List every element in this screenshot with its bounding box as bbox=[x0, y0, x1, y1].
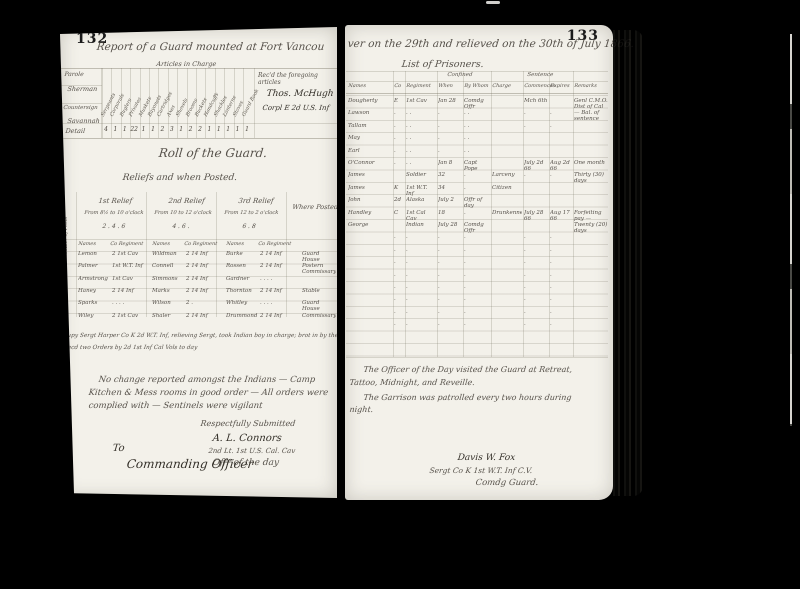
guard-roster-row: 1Lemon2 1st CavWildman2 14 InfBurke2 14 … bbox=[60, 251, 337, 263]
parole-value: Sherman bbox=[67, 85, 98, 93]
prisoner-row: May.. ... . bbox=[345, 134, 609, 146]
prisoner-cell-commences: . bbox=[524, 247, 548, 253]
prisoner-row: ...... bbox=[345, 233, 609, 245]
article-detail-count: 1 bbox=[242, 126, 252, 133]
prisoner-cell-co: 2d bbox=[394, 197, 405, 203]
guard-cell-u2: 2 . bbox=[186, 300, 224, 306]
guard-cell-n2: Wilson bbox=[152, 300, 185, 306]
prisoner-column-header: Charge bbox=[492, 83, 511, 89]
prisoner-row: ...... bbox=[345, 283, 609, 295]
prisoner-column-header: Expires bbox=[550, 83, 570, 89]
prisoner-cell-name: Dougherty bbox=[348, 98, 392, 104]
report-paragraph-line2: Kitchen & Mess rooms in good order — All… bbox=[88, 388, 329, 398]
prisoner-cell-regiment: Alaska bbox=[406, 197, 436, 203]
prisoner-cell-remark: One month bbox=[574, 160, 608, 166]
relief-posts: 2 . 4 . 6 bbox=[102, 223, 126, 230]
prisoner-cell-co: . bbox=[394, 234, 405, 240]
prisoner-cell-by_whom: . . bbox=[464, 135, 490, 141]
guard-cell-n3: Whitley bbox=[226, 300, 259, 306]
prisoner-cell-regiment: 1st Cal Cav bbox=[406, 210, 436, 222]
guard-cell-n3: Drummond bbox=[226, 313, 259, 319]
prisoner-cell-regiment: . bbox=[406, 247, 436, 253]
prisoner-cell-co: . bbox=[394, 309, 405, 315]
prisoner-cell-co: . bbox=[394, 160, 405, 166]
prisoner-cell-name: John bbox=[348, 197, 392, 203]
guard-cell-u1: 2 1st Cav bbox=[112, 251, 150, 257]
guard-cell-u2: 2 14 Inf bbox=[186, 288, 224, 294]
prisoner-cell-by_whom: . bbox=[464, 321, 490, 327]
reliefs-heading: Reliefs and when Posted. bbox=[122, 173, 238, 183]
prisoner-cell-by_whom: . bbox=[464, 296, 490, 302]
guard-cell-u1: 2 1st Cav bbox=[112, 313, 150, 319]
guard-roster-row: 3Armstrong1st CavSimmons2 14 InfGardner.… bbox=[60, 276, 337, 288]
receipt-signature-rank: Corpl E 2d U.S. Inf bbox=[262, 104, 330, 112]
guard-cell-u2: 2 14 Inf bbox=[186, 251, 224, 257]
prisoner-cell-co: . bbox=[394, 259, 405, 265]
prisoner-cell-commences: . bbox=[524, 259, 548, 265]
prisoner-row: JamesSoldier32.Larceny..Thirty (30) days bbox=[345, 171, 609, 183]
prisoner-row: ...... bbox=[345, 271, 609, 283]
guard-roster-rows: 1Lemon2 1st CavWildman2 14 InfBurke2 14 … bbox=[60, 251, 337, 323]
guard-cell-u3: 2 14 Inf bbox=[260, 288, 300, 294]
prisoner-cell-by_whom: . . bbox=[464, 110, 490, 116]
prisoner-cell-co: E bbox=[394, 98, 405, 104]
prisoner-cell-regiment: . bbox=[406, 284, 436, 290]
prisoner-cell-regiment: . . bbox=[406, 160, 436, 166]
guard-subheader: Names bbox=[226, 241, 244, 247]
prisoner-cell-name: James bbox=[348, 185, 392, 191]
prisoner-cell-commences: July 28 66 bbox=[524, 210, 548, 222]
prisoner-cell-name: George bbox=[348, 222, 392, 228]
prisoner-cell-expires: . bbox=[550, 110, 572, 116]
notes-line3: The Garrison was patrolled every two hou… bbox=[363, 393, 572, 402]
guard-cell-u2: 2 14 Inf bbox=[186, 276, 224, 282]
prisoner-cell-commences: . bbox=[524, 272, 548, 278]
report-paragraph-line1: No change reported amongst the Indians —… bbox=[98, 375, 316, 385]
prisoner-cell-co: . bbox=[394, 247, 405, 253]
guard-cell-u3: . . . . bbox=[260, 276, 300, 282]
guard-cell-where: Stable bbox=[302, 288, 336, 294]
notes-line1: The Officer of the Day visited the Guard… bbox=[363, 365, 573, 374]
prisoner-cell-regiment: . bbox=[406, 272, 436, 278]
prisoner-cell-when: . bbox=[438, 234, 462, 240]
prisoner-cell-regiment: . bbox=[406, 309, 436, 315]
relief-name: 3rd Relief bbox=[238, 197, 274, 205]
prisoner-cell-name: Earl bbox=[348, 148, 392, 154]
officer-signature-rank: 2nd Lt. 1st U.S. Cal. Cav bbox=[208, 447, 296, 455]
prisoner-cell-commences: July 2d 66 bbox=[524, 160, 548, 172]
prisoner-cell-by_whom: Offr of day bbox=[464, 197, 490, 209]
guard-cell-n1: Armstrong bbox=[78, 276, 111, 282]
prisoner-cell-by_whom: Capt Pope bbox=[464, 160, 490, 172]
prisoner-cell-by_whom: . bbox=[464, 284, 490, 290]
prisoner-cell-regiment: . . bbox=[406, 135, 436, 141]
prisoner-row: JamesK1st W.T. Inf34.Citizen bbox=[345, 184, 609, 196]
guard-cell-u3: 2 14 Inf bbox=[260, 263, 300, 269]
prisoner-row: John2dAlaskaJuly 2Offr of day bbox=[345, 196, 609, 208]
prisoner-column-header: Remarks bbox=[574, 83, 597, 89]
countersign-value: Savannah bbox=[67, 117, 100, 125]
guard-cell-n3: Burke bbox=[226, 251, 259, 257]
prisoner-cell-co: . bbox=[394, 321, 405, 327]
prisoner-cell-expires: . bbox=[550, 234, 572, 240]
prisoner-cell-commences: . bbox=[524, 321, 548, 327]
prisoner-row: ...... bbox=[345, 320, 609, 332]
prisoner-cell-when: . bbox=[438, 259, 462, 265]
guard-cell-where: Commissary bbox=[302, 313, 336, 319]
prisoner-cell-regiment: Indian bbox=[406, 222, 436, 228]
right-page: 133 ver on the 29th and relieved on the … bbox=[345, 25, 613, 500]
prisoner-cell-regiment: . bbox=[406, 234, 436, 240]
prisoner-cell-when: . bbox=[438, 123, 462, 129]
relief-hours: From 10 to 12 o'clock bbox=[154, 210, 212, 216]
prisoner-column-header: Co bbox=[394, 83, 401, 89]
prisoner-cell-when: . bbox=[438, 272, 462, 278]
scanned-ledger-screenshot: 132 Report of a Guard mounted at Fort Va… bbox=[0, 0, 800, 589]
guard-cell-post: 2 bbox=[64, 263, 76, 269]
prisoner-cell-co: . bbox=[394, 148, 405, 154]
prisoner-cell-commences: . bbox=[524, 110, 548, 116]
group-header-sentence: Sentence bbox=[527, 72, 554, 78]
prisoner-cell-co: C bbox=[394, 210, 405, 216]
prisoner-cell-co: . bbox=[394, 135, 405, 141]
guard-cell-u3: 2 14 Inf bbox=[260, 251, 300, 257]
prisoner-cell-when: 34 bbox=[438, 185, 462, 191]
prisoner-cell-by_whom: . bbox=[464, 272, 490, 278]
prisoner-row: O'Connor.. .Jan 8Capt PopeJuly 2d 66Aug … bbox=[345, 159, 609, 171]
relief-posts: 4 . 6 . bbox=[172, 223, 190, 230]
prisoner-cell-co: . bbox=[394, 296, 405, 302]
relief-name: 2nd Relief bbox=[168, 197, 205, 205]
prisoner-cell-when: . bbox=[438, 148, 462, 154]
guard-cell-n1: Palmer bbox=[78, 263, 111, 269]
prisoner-cell-name: Tallam bbox=[348, 123, 392, 129]
prisoner-cell-expires: . bbox=[550, 172, 572, 178]
prisoner-cell-expires: . bbox=[550, 259, 572, 265]
receipt-signature-name: Thos. McHugh bbox=[266, 89, 334, 99]
guard-cell-where: Guard House bbox=[302, 300, 336, 312]
to-commanding-officer: Commanding Officer bbox=[126, 457, 254, 471]
prisoner-cell-by_whom: . bbox=[464, 172, 490, 178]
prisoner-cell-by_whom: . bbox=[464, 185, 490, 191]
scan-edge-sliver bbox=[790, 34, 792, 426]
prisoner-row: Tallam.. ... ... bbox=[345, 122, 609, 134]
prisoner-cell-by_whom: . bbox=[464, 259, 490, 265]
guard-subheader: Co Regiment bbox=[110, 241, 144, 247]
guard-cell-n1: Wiley bbox=[78, 313, 111, 319]
prisoner-cell-commences: . bbox=[524, 309, 548, 315]
prisoner-cell-when: July 2 bbox=[438, 197, 462, 203]
guard-subheader: Names bbox=[78, 241, 96, 247]
guard-cell-n2: Shaler bbox=[152, 313, 185, 319]
prisoner-cell-when: . bbox=[438, 309, 462, 315]
prisoner-row: DoughertyE1st CavJan 28Comdg OffrMch 6th… bbox=[345, 97, 609, 109]
prisoner-cell-when: 32 bbox=[438, 172, 462, 178]
prisoner-cell-when: . bbox=[438, 296, 462, 302]
prisoner-row: HandleyC1st Cal Cav18.DrunkennessJuly 28… bbox=[345, 209, 609, 221]
guard-roster-row: 4Haney2 14 InfMarks2 14 InfThornton2 14 … bbox=[60, 288, 337, 300]
prisoner-cell-co: . bbox=[394, 272, 405, 278]
guard-cell-u1: 1st W.T. Inf bbox=[112, 263, 150, 269]
prisoner-cell-commences: . bbox=[524, 234, 548, 240]
where-posted-label: Where Posted bbox=[292, 203, 339, 211]
prisoner-cell-charge: Citizen bbox=[492, 185, 522, 191]
prisoner-cell-regiment: . . bbox=[406, 123, 436, 129]
prisoner-cell-expires: . bbox=[550, 309, 572, 315]
respectfully-submitted: Respectfully Submitted bbox=[200, 419, 296, 428]
guard-cell-post: 3 bbox=[64, 276, 76, 282]
prisoner-cell-co: . bbox=[394, 284, 405, 290]
prisoner-cell-commences: . bbox=[524, 172, 548, 178]
prisoner-cell-regiment: 1st Cav bbox=[406, 98, 436, 104]
prisoner-cell-expires: . bbox=[550, 272, 572, 278]
prisoner-cell-expires: Aug 2d 66 bbox=[550, 160, 572, 172]
guard-cell-n2: Simmons bbox=[152, 276, 185, 282]
prisoner-cell-when: . bbox=[438, 135, 462, 141]
prisoner-cell-expires: . bbox=[550, 296, 572, 302]
prisoner-column-header: By Whom bbox=[464, 83, 489, 89]
guard-subheader: Co Regiment bbox=[258, 241, 292, 247]
articles-heading: Articles in Charge bbox=[156, 60, 217, 68]
prisoner-cell-when: Jan 8 bbox=[438, 160, 462, 166]
guard-cell-u1: 2 14 Inf bbox=[112, 288, 150, 294]
prisoner-cell-co: . bbox=[394, 123, 405, 129]
guard-cell-n3: Rossen bbox=[226, 263, 259, 269]
prisoner-cell-regiment: . . bbox=[406, 148, 436, 154]
prisoner-column-header: Names bbox=[348, 83, 366, 89]
prisoner-row: ...... bbox=[345, 308, 609, 320]
guard-cell-n2: Connell bbox=[152, 263, 185, 269]
guard-signature-role: Comdg Guard. bbox=[475, 478, 539, 488]
prisoner-cell-when: . bbox=[438, 284, 462, 290]
guard-cell-n2: Marks bbox=[152, 288, 185, 294]
report-title-right: ver on the 29th and relieved on the 30th… bbox=[347, 38, 635, 50]
officer-signature-name: A. L. Connors bbox=[212, 433, 282, 444]
prisoner-cell-by_whom: Comdg Offr bbox=[464, 222, 490, 234]
prisoner-cell-name: James bbox=[348, 172, 392, 178]
guard-cell-u1: 1st Cav bbox=[112, 276, 150, 282]
prisoner-cell-when: July 28 bbox=[438, 222, 462, 228]
prisoner-row: GeorgeIndianJuly 28Comdg Offr bbox=[345, 221, 609, 233]
prisoner-cell-name: May bbox=[348, 135, 392, 141]
left-page: 132 Report of a Guard mounted at Fort Va… bbox=[60, 27, 337, 498]
to-label: To bbox=[112, 443, 125, 454]
guard-signature-rank: Sergt Co K 1st W.T. Inf C.V. bbox=[429, 466, 533, 475]
prisoner-column-header: Regiment bbox=[406, 83, 431, 89]
prisoner-cell-by_whom: . bbox=[464, 234, 490, 240]
prisoner-cell-expires: . bbox=[550, 247, 572, 253]
prisoner-cell-by_whom: . . bbox=[464, 148, 490, 154]
book-edge-shadow bbox=[613, 30, 643, 496]
prisoner-row: Lawson.. ... ... bbox=[345, 109, 609, 121]
group-header-confined: Confined bbox=[447, 72, 473, 78]
prisoner-row: Earl.. ... . bbox=[345, 147, 609, 159]
guard-cell-post: 5 bbox=[64, 300, 76, 306]
prisoner-cell-regiment: Soldier bbox=[406, 172, 436, 178]
prisoner-cell-regiment: . . bbox=[406, 110, 436, 116]
prisoner-cell-when: . bbox=[438, 110, 462, 116]
guard-signature-name: Davis W. Fox bbox=[457, 453, 516, 463]
guard-cell-where: Guard House bbox=[302, 251, 336, 263]
prisoner-cell-expires: . bbox=[550, 321, 572, 327]
prisoner-cell-charge: Drunkenness bbox=[492, 210, 522, 216]
guard-cell-n1: Haney bbox=[78, 288, 111, 294]
prisoner-row: ...... bbox=[345, 295, 609, 307]
prisoner-cell-co: . bbox=[394, 110, 405, 116]
prisoner-cell-name: O'Connor bbox=[348, 160, 392, 166]
report-title-left: Report of a Guard mounted at Fort Vancou bbox=[96, 41, 325, 53]
roll-heading: Roll of the Guard. bbox=[158, 146, 268, 160]
guard-roster-row: 2Palmer1st W.T. InfConnell2 14 InfRossen… bbox=[60, 263, 337, 275]
prisoner-cell-expires: . bbox=[550, 284, 572, 290]
notes-line4: night. bbox=[349, 405, 374, 414]
guard-cell-n3: Gardner bbox=[226, 276, 259, 282]
guard-cell-n1: Lemon bbox=[78, 251, 111, 257]
prisoner-cell-regiment: . bbox=[406, 296, 436, 302]
prisoners-rows: DoughertyE1st CavJan 28Comdg OffrMch 6th… bbox=[345, 97, 609, 357]
guard-subheader: Co Regiment bbox=[184, 241, 218, 247]
prisoner-cell-by_whom: . . bbox=[464, 123, 490, 129]
prisoner-cell-when: . bbox=[438, 321, 462, 327]
guard-cell-post: 6 bbox=[64, 313, 76, 319]
prisoner-cell-by_whom: . bbox=[464, 309, 490, 315]
guard-roster-row: 6Wiley2 1st CavShaler2 14 InfDrummond2 1… bbox=[60, 313, 337, 325]
prisoner-cell-remark: Thirty (30) days bbox=[574, 172, 608, 184]
guard-subheader: Names bbox=[152, 241, 170, 247]
guard-cell-post: 1 bbox=[64, 251, 76, 257]
relief-name: 1st Relief bbox=[98, 197, 133, 205]
receipt-note: Rec'd the foregoing articles bbox=[258, 72, 334, 86]
guard-cell-u3: . . . . bbox=[260, 300, 300, 306]
guard-cell-n1: Sparks bbox=[78, 300, 111, 306]
parole-label: Parole bbox=[64, 71, 84, 78]
report-paragraph-line3: complied with — Sentinels were vigilant bbox=[88, 401, 263, 411]
guard-cell-u2: 2 14 Inf bbox=[186, 313, 224, 319]
relief-hours: From 12 to 2 o'clock bbox=[224, 210, 279, 216]
prisoner-cell-commences: . bbox=[524, 284, 548, 290]
prisoner-cell-by_whom: . bbox=[464, 210, 490, 216]
prisoner-cell-commences: Mch 6th bbox=[524, 98, 548, 104]
prisoner-cell-by_whom: . bbox=[464, 247, 490, 253]
relief-hours: From 8½ to 10 o'clock bbox=[84, 210, 144, 216]
prisoners-heading: List of Prisoners. bbox=[401, 59, 484, 70]
prisoner-cell-name: Lawson bbox=[348, 110, 392, 116]
prisoner-row: ...... bbox=[345, 258, 609, 270]
detail-label: Detail bbox=[65, 127, 86, 135]
relief-posts: 6 . 8 bbox=[242, 223, 256, 230]
notes-line2: Tattoo, Midnight, and Reveille. bbox=[349, 378, 475, 387]
prisoner-cell-regiment: . bbox=[406, 259, 436, 265]
prisoner-cell-co: K bbox=[394, 185, 405, 191]
scan-speck bbox=[486, 1, 500, 4]
supernumerary-note-line2: Recd two Orders by 2d 1st Inf Cal Vols t… bbox=[63, 345, 198, 351]
prisoner-cell-name: Handley bbox=[348, 210, 392, 216]
prisoner-cell-commences: . bbox=[524, 296, 548, 302]
prisoner-column-header: When bbox=[438, 83, 453, 89]
prisoner-cell-when: Jan 28 bbox=[438, 98, 462, 104]
guard-cell-u3: 2 14 Inf bbox=[260, 313, 300, 319]
prisoner-cell-charge: Larceny bbox=[492, 172, 522, 178]
guard-roster-row: 5Sparks. . . .Wilson2 .Whitley. . . .Gua… bbox=[60, 300, 337, 312]
prisoner-cell-by_whom: Comdg Offr bbox=[464, 98, 490, 110]
guard-cell-n3: Thornton bbox=[226, 288, 259, 294]
guard-cell-post: 4 bbox=[64, 288, 76, 294]
prisoner-cell-regiment: . bbox=[406, 321, 436, 327]
guard-cell-n2: Wildman bbox=[152, 251, 185, 257]
guard-cell-where: Postern Commissary bbox=[302, 263, 336, 275]
prisoner-cell-when: 18 bbox=[438, 210, 462, 216]
prisoner-row: ...... bbox=[345, 246, 609, 258]
guard-cell-u1: . . . . bbox=[112, 300, 150, 306]
prisoner-cell-expires: Aug 17 66 bbox=[550, 210, 572, 222]
prisoner-cell-expires: . bbox=[550, 123, 572, 129]
prisoner-cell-when: . bbox=[438, 247, 462, 253]
countersign-label: Countersign bbox=[63, 105, 98, 111]
guard-cell-u2: 2 14 Inf bbox=[186, 263, 224, 269]
prisoner-cell-commences: . bbox=[524, 123, 548, 129]
prisoner-cell-regiment: 1st W.T. Inf bbox=[406, 185, 436, 197]
